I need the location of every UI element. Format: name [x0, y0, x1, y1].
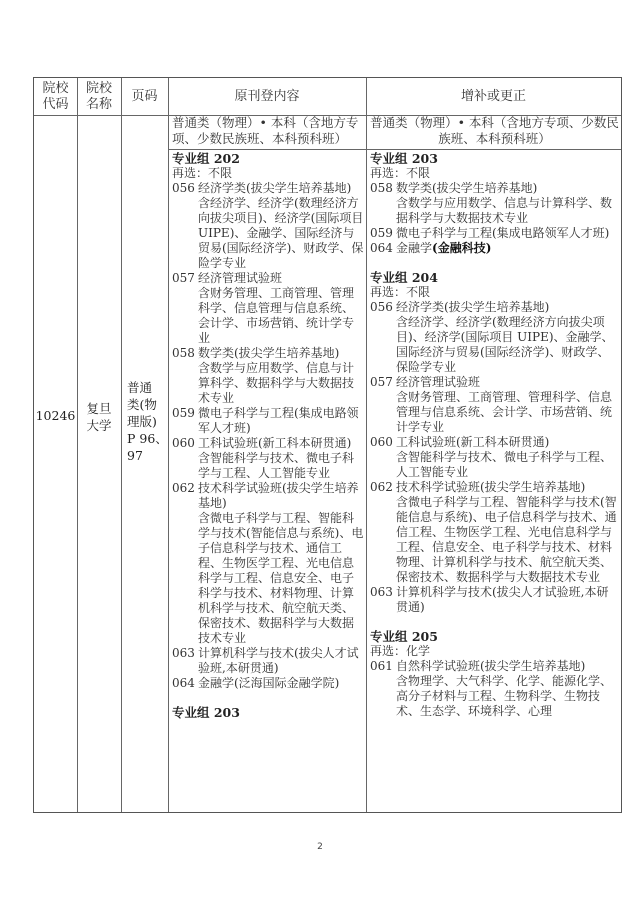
- major-code: 059: [370, 226, 396, 241]
- header-school-code: 院校代码: [34, 78, 77, 115]
- list-item: 062技术科学试验班(拔尖学生培养基地): [172, 481, 364, 511]
- major-code: 060: [370, 435, 396, 450]
- list-item: 061自然科学试验班(拔尖学生培养基地): [370, 659, 619, 674]
- header-text: 名称: [86, 97, 112, 113]
- major-code: 056: [370, 300, 396, 315]
- major-name: 工科试验班(新工科本研贯通): [396, 435, 619, 450]
- major-name: 金融学(泛海国际金融学院): [198, 676, 364, 691]
- header-page: 页码: [121, 78, 168, 115]
- major-detail: 含财务管理、工商管理、管理科学、信息管理与信息系统、会计学、市场营销、统计学专业: [370, 390, 619, 435]
- major-code: 059: [172, 406, 198, 436]
- list-item: 057经济管理试验班: [172, 271, 364, 286]
- major-name: 经济学类(拔尖学生培养基地): [198, 181, 364, 196]
- major-detail: 含微电子科学与工程、智能科学与技术(智能信息与系统)、电子信息科学与技术、通信工…: [370, 495, 619, 585]
- list-item: 064金融学(金融科技): [370, 241, 619, 256]
- major-name: 工科试验班(新工科本研贯通): [198, 436, 364, 451]
- major-name: 经济管理试验班: [396, 375, 619, 390]
- major-code: 057: [370, 375, 396, 390]
- page-line: P 96、: [127, 430, 168, 447]
- page-line: 类(物: [127, 396, 168, 413]
- header-text: 院校: [42, 81, 68, 97]
- major-name: 微电子科学与工程(集成电路领军人才班): [396, 226, 619, 241]
- list-item: 059微电子科学与工程(集成电路领军人才班): [370, 226, 619, 241]
- major-name: 数学类(拔尖学生培养基地): [396, 181, 619, 196]
- reselect-text: 再选：不限: [172, 166, 364, 181]
- school-name-line: 大学: [77, 417, 121, 434]
- list-item: 060工科试验班(新工科本研贯通): [370, 435, 619, 450]
- list-item: 063计算机科学与技术(拔尖人才试验班,本研贯通): [172, 646, 364, 676]
- major-code: 056: [172, 181, 198, 196]
- major-detail: 含微电子科学与工程、智能科学与技术(智能信息与系统)、电子信息科学与技术、通信工…: [172, 511, 364, 646]
- page-line: 97: [127, 447, 168, 464]
- list-item: 056经济学类(拔尖学生培养基地): [370, 300, 619, 315]
- major-code: 064: [172, 676, 198, 691]
- header-school-name: 院校名称: [77, 78, 121, 115]
- major-code: 062: [172, 481, 198, 511]
- group-title: 专业组 203: [370, 151, 619, 166]
- page-reference: 普通 类(物 理版) P 96、 97: [121, 379, 168, 464]
- list-item: 058数学类(拔尖学生培养基地): [172, 346, 364, 361]
- reselect-text: 再选：化学: [370, 644, 619, 659]
- school-name: 复旦 大学: [77, 400, 121, 434]
- major-code: 062: [370, 480, 396, 495]
- original-content: 专业组 202 再选：不限 056经济学类(拔尖学生培养基地) 含经济学、经济学…: [172, 151, 364, 720]
- reselect-text: 再选：不限: [370, 285, 619, 300]
- page-line: 理版): [127, 413, 168, 430]
- major-name: 技术科学试验班(拔尖学生培养基地): [198, 481, 364, 511]
- major-code: 060: [172, 436, 198, 451]
- header-text: 院校: [86, 81, 112, 97]
- original-category: 普通类（物理）• 本科（含地方专项、少数民族班、本科预科班）: [172, 115, 364, 149]
- major-name: 经济管理试验班: [198, 271, 364, 286]
- major-detail: 含物理学、大气科学、化学、能源化学、高分子材料与工程、生物科学、生物技术、生态学…: [370, 674, 619, 719]
- major-detail: 含数学与应用数学、信息与计算科学、数据科学与大数据技术专业: [370, 196, 619, 226]
- major-name: 微电子科学与工程(集成电路领军人才班): [198, 406, 364, 436]
- column-divider: [168, 78, 169, 812]
- school-code: 10246: [34, 408, 77, 423]
- major-code: 063: [370, 585, 396, 615]
- major-name-highlight: (金融科技): [432, 241, 491, 255]
- reselect-text: 再选：不限: [370, 166, 619, 181]
- correction-content: 专业组 203 再选：不限 058数学类(拔尖学生培养基地) 含数学与应用数学、…: [370, 151, 619, 719]
- major-code: 063: [172, 646, 198, 676]
- major-name: 技术科学试验班(拔尖学生培养基地): [396, 480, 619, 495]
- list-item: 060工科试验班(新工科本研贯通): [172, 436, 364, 451]
- page-line: 普通: [127, 379, 168, 396]
- major-code: 061: [370, 659, 396, 674]
- column-divider: [77, 78, 78, 812]
- major-detail: 含数学与应用数学、信息与计算科学、数据科学与大数据技术专业: [172, 361, 364, 406]
- page-number: 2: [0, 842, 640, 852]
- major-code: 064: [370, 241, 396, 256]
- major-code: 058: [172, 346, 198, 361]
- major-name: 自然科学试验班(拔尖学生培养基地): [396, 659, 619, 674]
- major-name: 金融学(金融科技): [396, 241, 619, 256]
- header-original: 原刊登内容: [168, 78, 366, 115]
- correction-table: 院校代码 院校名称 页码 原刊登内容 增补或更正 10246 复旦 大学 普通 …: [33, 77, 622, 813]
- category-divider: [168, 149, 621, 150]
- school-name-line: 复旦: [77, 400, 121, 417]
- major-code: 058: [370, 181, 396, 196]
- list-item: 056经济学类(拔尖学生培养基地): [172, 181, 364, 196]
- list-item: 063计算机科学与技术(拔尖人才试验班,本研贯通): [370, 585, 619, 615]
- header-text: 代码: [42, 97, 68, 113]
- major-code: 057: [172, 271, 198, 286]
- major-name: 数学类(拔尖学生培养基地): [198, 346, 364, 361]
- list-item: 062技术科学试验班(拔尖学生培养基地): [370, 480, 619, 495]
- group-title: 专业组 203: [172, 705, 364, 720]
- major-name: 计算机科学与技术(拔尖人才试验班,本研贯通): [396, 585, 619, 615]
- list-item: 058数学类(拔尖学生培养基地): [370, 181, 619, 196]
- group-title: 专业组 202: [172, 151, 364, 166]
- group-title: 专业组 205: [370, 629, 619, 644]
- major-name-text: 金融学: [396, 241, 432, 255]
- list-item: 064金融学(泛海国际金融学院): [172, 676, 364, 691]
- group-title: 专业组 204: [370, 270, 619, 285]
- major-name: 经济学类(拔尖学生培养基地): [396, 300, 619, 315]
- major-name: 计算机科学与技术(拔尖人才试验班,本研贯通): [198, 646, 364, 676]
- correction-category: 普通类（物理）• 本科（含地方专项、少数民族班、本科预科班）: [370, 115, 619, 149]
- major-detail: 含经济学、经济学(数理经济方向拔尖项目)、经济学(国际项目 UIPE)、金融学、…: [172, 196, 364, 271]
- major-detail: 含财务管理、工商管理、管理科学、信息管理与信息系统、会计学、市场营销、统计学专业: [172, 286, 364, 346]
- major-detail: 含智能科学与技术、微电子科学与工程、人工智能专业: [172, 451, 364, 481]
- major-detail: 含智能科学与技术、微电子科学与工程、人工智能专业: [370, 450, 619, 480]
- list-item: 059微电子科学与工程(集成电路领军人才班): [172, 406, 364, 436]
- major-detail: 含经济学、经济学(数理经济方向拔尖项目)、经济学(国际项目 UIPE)、金融学、…: [370, 315, 619, 375]
- list-item: 057经济管理试验班: [370, 375, 619, 390]
- header-correction: 增补或更正: [366, 78, 621, 115]
- column-divider: [366, 78, 367, 812]
